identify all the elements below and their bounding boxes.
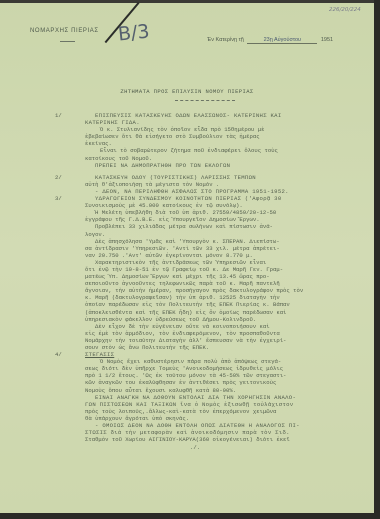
section-line: ὅτι ἐνῷ τὴν 10-8-51 ἐν τῷ Γραφείῳ τοῦ κ.… xyxy=(85,266,365,273)
section-line: - ΔΕΟΝ, ΝΑ ΠΕΡΙΛΗΦΘΗ ΑΣΦΑΛΩΣ ΣΤΟ ΠΡΟΓΡΑΜ… xyxy=(95,188,365,195)
section-line: ΠΡΕΠΕΙ ΝΑ ΔΗΜΟΠΡΑΤΗΘΗ ΠΡΟ ΤΩΝ ΕΚΛΟΓΩΝ xyxy=(95,162,365,169)
section-number: 1/ xyxy=(55,112,75,119)
section-line: Προβλέπει 33 χιλιάδας μέτρα σωλήνων καὶ … xyxy=(95,223,365,230)
section-line: κατοίκους τοῦ Νομοῦ. xyxy=(85,155,365,162)
section-line: θὰ ὑπάρχουν ἄγρόται ὑπὸ σκηνάς. xyxy=(85,415,365,422)
section-4: 4/ ΣΤΕΓΑΣΙΣ Ὁ Νομὸς ἔχει καθυστέρησιν πά… xyxy=(35,351,365,443)
section-line: Νομοὺς ὅπου αὗται ἔχουσι καλυφθῆ κατὰ 80… xyxy=(85,387,365,394)
title-underline xyxy=(175,100,235,101)
section-line: Χαρακτηριστικὸν τῆς ἀντιδράσεως τῶν Ὑπηρ… xyxy=(95,259,365,266)
section-1: 1/ ΕΠΙΣΠΕΥΣΙΣ ΚΑΤΑΣΚΕΥΗΣ ΟΔΩΝ ΕΛΑΣΣΩΝΟΣ-… xyxy=(35,112,365,169)
section-line: Εἶναι τὸ σοβαρώτερον ζήτημα ποῦ ἐνδιαφέρ… xyxy=(100,147,365,154)
section-line: ἄγνοιαν, τὴν αὐτὴν ἡμέραν, προσήγαγον πρ… xyxy=(85,287,365,294)
section-line: κῶν ἀναγκῶν του ἐκαλύφθησαν ἐν ἀντιθέσει… xyxy=(85,379,365,386)
section-line: Δὲν εἶχον δὲ τὴν εὐγένειαν οὔτε νὰ κοινο… xyxy=(95,323,365,330)
section-line: κ. Μαρῆ (δακτυλογραφεῖσαν) τὴν ὑπ ἀριθ. … xyxy=(85,294,365,301)
section-line: Δὲς ἀπησχόλησα 'Υμᾶς καὶ 'Υπουργὸν κ. ΣΠ… xyxy=(95,238,365,245)
section-line: σα ἀντίδρασιν 'Υπηρεσιῶν. 'Αντὶ τῶν 33 χ… xyxy=(85,245,365,252)
section-line: Νομάρχην τὴν τοιαύτην Διαταγὴν ἀλλ' ἔσπε… xyxy=(85,337,365,344)
handwritten-mark: B/3 xyxy=(117,20,151,45)
section-line: ΕΙΝΑΙ ΑΝΑΓΚΗ ΝΑ ΔΟΘΟΥΝ ΕΝΤΟΛΑΙ ΔΙΑ ΤΗΝ Χ… xyxy=(95,394,365,401)
section-line: - ΟΜΟΙΩΣ ΔΕΟΝ ΝΑ ΔΟΘΗ ΕΝΤΟΛΗ ΟΠΩΣ ΔΙΑΤΕΘ… xyxy=(95,422,365,429)
section-line: σουν στὸν ὡς ἄνω Πολιτευτὴν τῆς ΕΠΕΚ. xyxy=(85,344,365,351)
section-number: 4/ xyxy=(55,351,75,358)
section-line: ΥΔΡΑΓΩΓΕΙΟΝ ΣΥΝΔΕΣΜΟΥ ΚΟΙΝΟΤΗΤΩΝ ΠΙΕΡΙΑΣ… xyxy=(95,195,365,202)
letterhead-underline xyxy=(60,41,75,42)
section-2: 2/ ΚΑΤΑΣΚΕΥΗ ΟΔΟΥ (ΤΟΥΡΙΣΤΙΚΗΣ) ΛΑΡΙΣΣΗΣ… xyxy=(35,174,365,195)
continuation-mark: ./. xyxy=(190,444,365,451)
section-line: ὑπηρεσιακὸν φάκελλον ὑδρεύσεως τοῦ Δήμου… xyxy=(85,316,365,323)
section-line: πρὸ 1 1/2 ἔτους. 'Ως ἐκ τούτου μόνον τὰ … xyxy=(85,372,365,379)
section-line: λογον. xyxy=(85,231,365,238)
section-line: ΚΑΤΑΣΚΕΥΗ ΟΔΟΥ (ΤΟΥΡΙΣΤΙΚΗΣ) ΛΑΡΙΣΣΗΣ ΤΕ… xyxy=(95,174,365,181)
section-line: αὐτὴ θ'ἀξιοποιήσῃ τὰ μέγιστα τὸν Νομόν . xyxy=(85,181,365,188)
section-line: ματέως Ὑπ. Δημοσίων Ἔργων καὶ μέχρι τῆς … xyxy=(85,273,365,280)
section-line: ΓΩΝ ΠΙΣΤΩΣΕΩΝ ΚΑΙ ΤΑΞΙΚΩΝ ἵνα ὁ Νομὸς ἐξ… xyxy=(85,401,365,408)
section-line: ΣΤΩΣΙΣ διὰ τὴν μεταφορὰν καὶ ἀνοικοδόμησ… xyxy=(85,429,365,436)
letterhead: ΝΟΜΑΡΧΗΣ ΠΙΕΡΙΑΣ xyxy=(30,28,99,34)
section-line: (ἀποκλεισθέντα καὶ τῆς ΕΠΕΚ ἤδη) εἰς ὃν … xyxy=(85,309,365,316)
date-prefix: Ἐν Κατερίνῃ τῇ xyxy=(207,37,244,43)
date-year: 1951 xyxy=(321,37,333,43)
document-title: ΖΗΤΗΜΑΤΑ ΠΡΟΣ ΕΠΙΛΥΣΙΝ ΝΟΜΟΥ ΠΙΕΡΙΑΣ xyxy=(0,88,374,95)
section-number: 3/ xyxy=(55,195,75,202)
section-line: ναν 20.750 .'Αντ' αὐτῶν ἐγκρίνονται μόνο… xyxy=(85,252,365,259)
section-3: 3/ ΥΔΡΑΓΩΓΕΙΟΝ ΣΥΝΔΕΣΜΟΥ ΚΟΙΝΟΤΗΤΩΝ ΠΙΕΡ… xyxy=(35,195,365,351)
section-line: πρὸς τοὺς λοιπούς,.ἄλλως-καὶ-κατὰ τὸν ἐπ… xyxy=(85,408,365,415)
section-line: Σταθμὸν τοῦ Χωρίου ΑΙΓΙΝΙΟΥ-ΚΑΡΥΑ(360 οἰ… xyxy=(85,436,365,443)
section-heading: ΣΤΕΓΑΣΙΣ xyxy=(85,351,365,358)
date-fill: 23ῃ Αὐγούστου xyxy=(264,37,301,43)
section-line: Ὁ Νομὸς ἔχει καθυστέρησιν πάρα πολὺ ἀπὸ … xyxy=(100,358,365,365)
section-line: ὁποίαν παρέδωσαν εἰς τὸν Πολιτευτὴν τῆς … xyxy=(85,301,365,308)
section-line: ΕΠΙΣΠΕΥΣΙΣ ΚΑΤΑΣΚΕΥΗΣ ΟΔΩΝ ΕΛΑΣΣΩΝΟΣ- ΚΑ… xyxy=(95,112,365,119)
section-line: Ἡ Μελέτη ὑπεβλήθη διὰ τοῦ ὑπ ἀριθ. 27559… xyxy=(95,209,365,216)
section-line: Ὁ κ. Στυλιανίδης τὸν ὁποῖον εἶδα πρὸ 15θ… xyxy=(100,126,365,133)
section-line: ἐβεβαίωσεν ὅτι θὰ εἰσήγετο στὸ Συμβούλιο… xyxy=(85,133,365,140)
section-line: Συνοικισμοὺς μὲ 45.000 κατοίκους ἐν τῷ σ… xyxy=(85,202,365,209)
section-line: ἐκείνας. xyxy=(85,140,365,147)
section-line: σεποιοῦντο ἀγνοοῦντες τηλεφωνικῶς παρὰ τ… xyxy=(85,280,365,287)
section-line: ἐγγράφου τῆς Γ.Δ.Β.Ε. εἰς Ὑπουργεῖον Δημ… xyxy=(85,216,365,223)
section-number: 2/ xyxy=(55,174,75,181)
section-line: εἰς ἐμὲ τὸν ἁρμόδιον, τὸν ἐνδιαφερόμενον… xyxy=(85,330,365,337)
scan-edge xyxy=(0,0,374,3)
section-line: σεως διότι δὲν ὑπῆρχε Τομεὺς 'Ανοικοδομή… xyxy=(85,365,365,372)
date-line: Ἐν Κατερίνῃ τῇ 23ῃ Αὐγούστου 1951 xyxy=(207,37,333,44)
document-body: 1/ ΕΠΙΣΠΕΥΣΙΣ ΚΑΤΑΣΚΕΥΗΣ ΟΔΩΝ ΕΛΑΣΣΩΝΟΣ-… xyxy=(35,112,365,451)
archive-reference: 226/20/224 xyxy=(329,7,361,13)
document-page: 226/20/224 ΝΟΜΑΡΧΗΣ ΠΙΕΡΙΑΣ B/3 Ἐν Κατερ… xyxy=(0,0,374,513)
section-line: ΚΑΤΕΡΙΝΗΣ ΓΙΔΑ. xyxy=(85,119,365,126)
